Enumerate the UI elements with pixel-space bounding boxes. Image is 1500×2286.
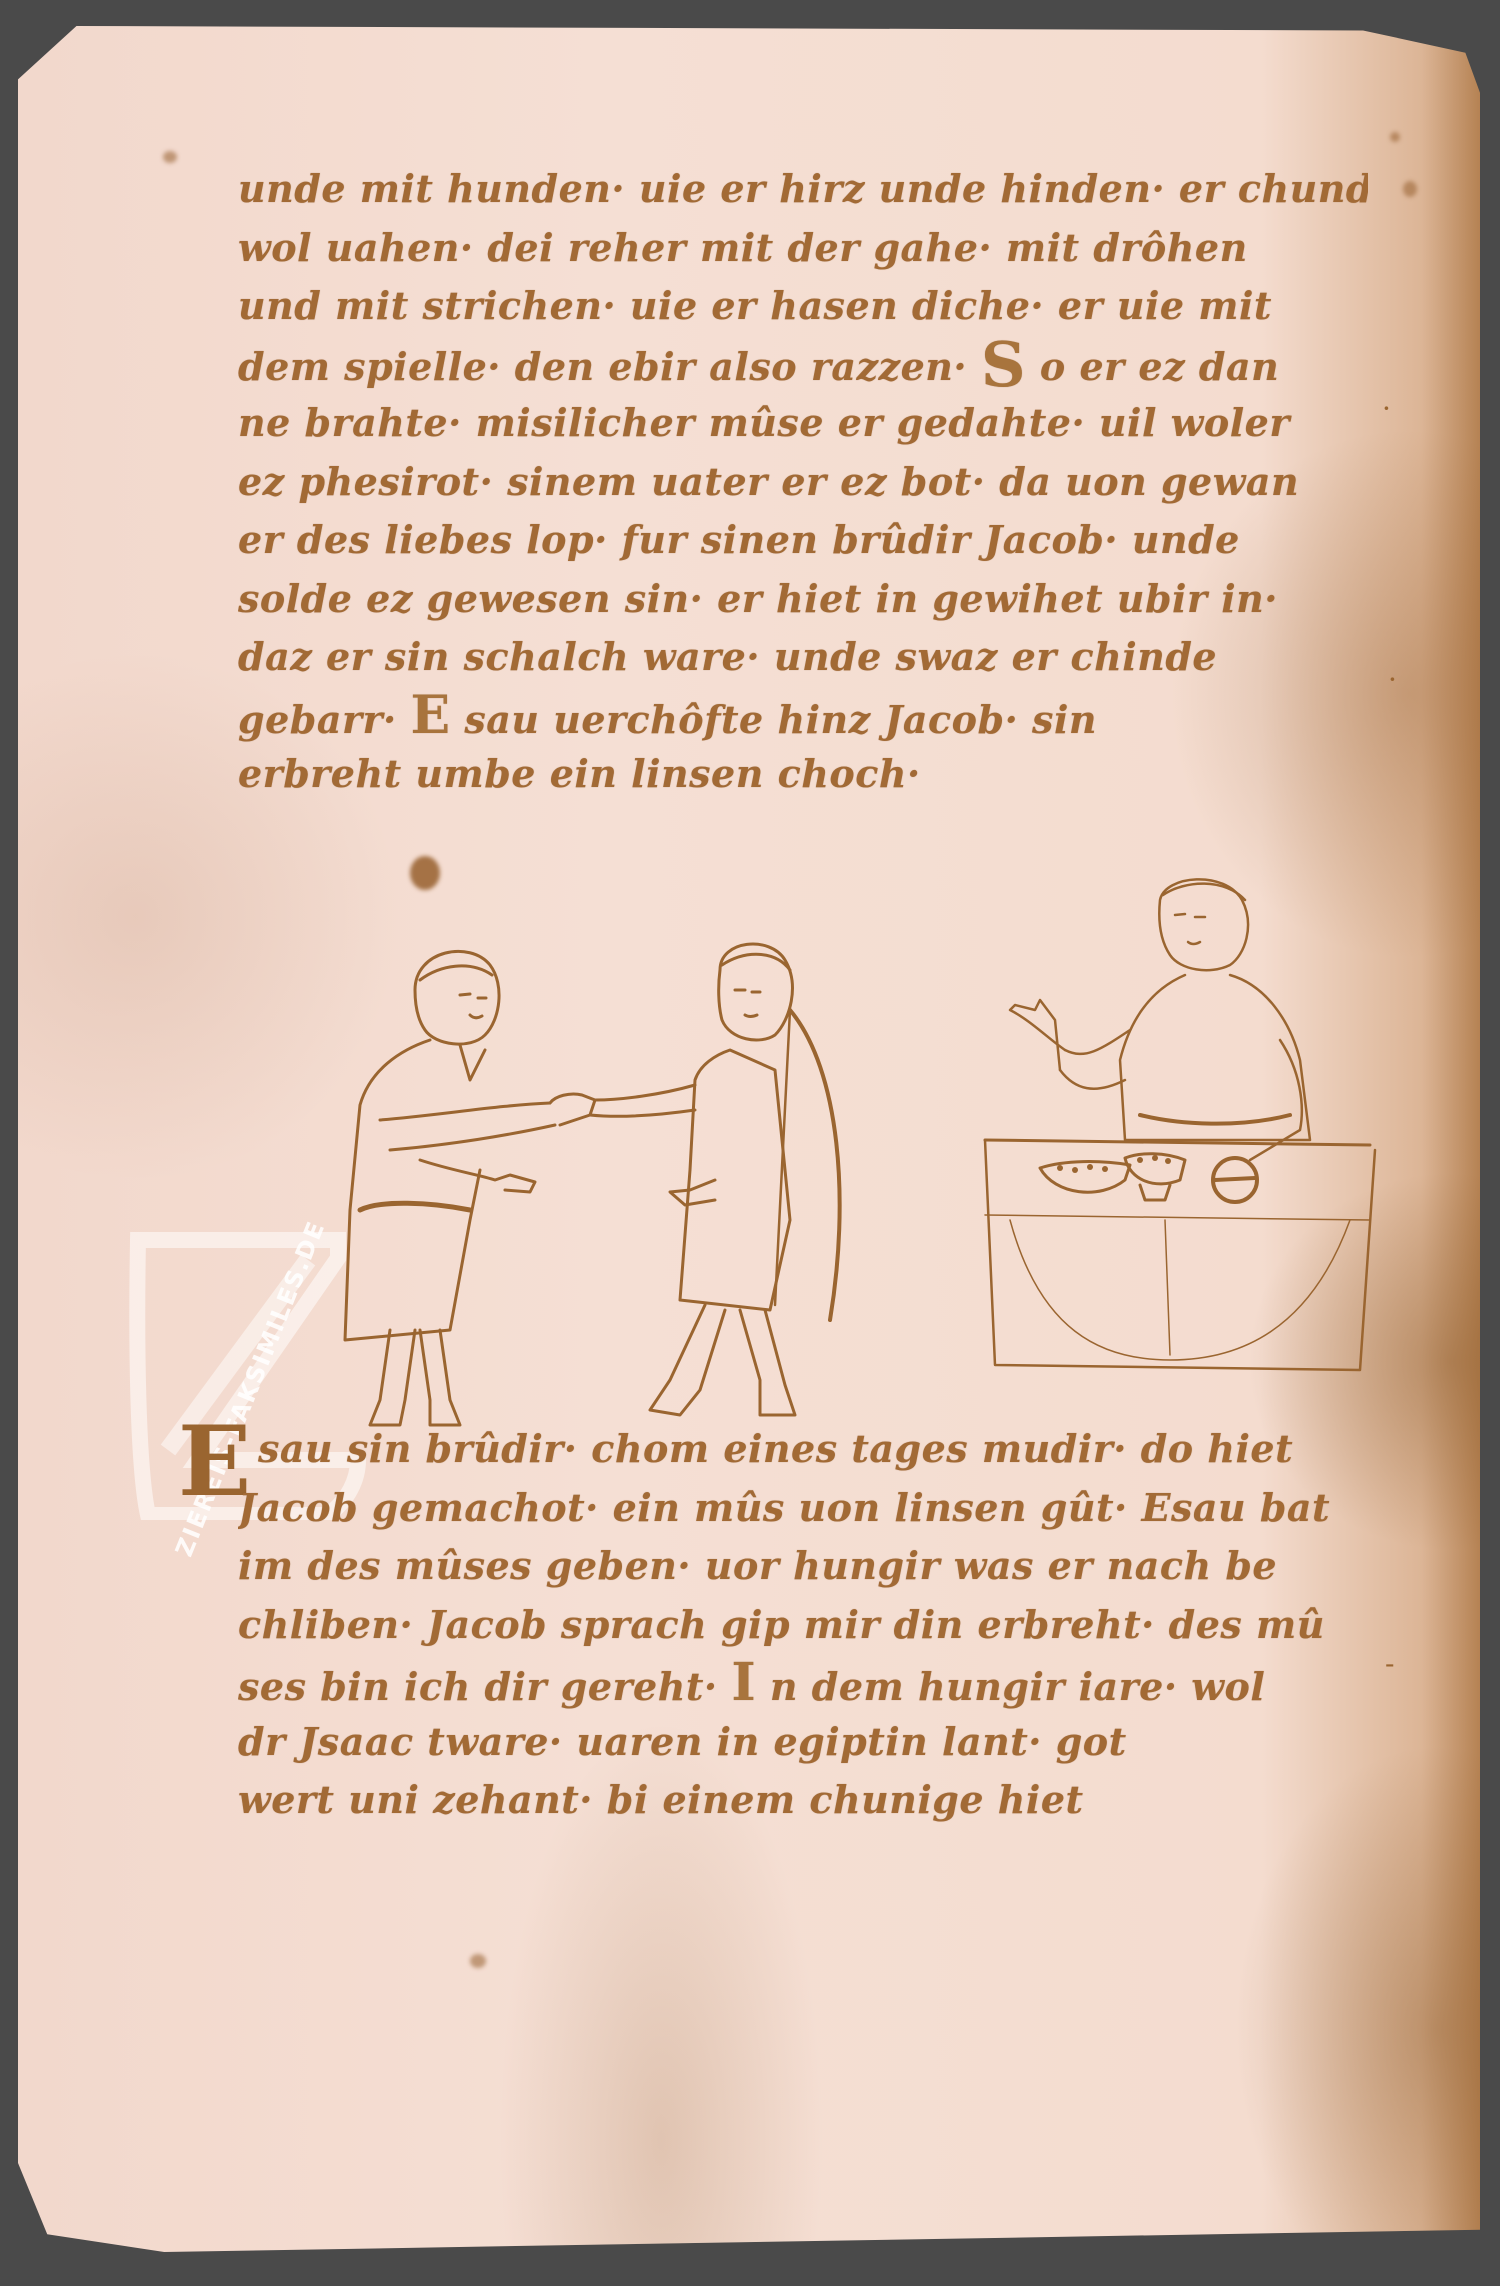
illustration-handclasp — [320, 920, 940, 1440]
upper-text-block: unde mit hunden· uie er hirz unde hinden… — [238, 160, 1368, 804]
foxing-stain — [470, 1954, 486, 1968]
foxing-stain — [1390, 132, 1400, 142]
text-line: gebarr· E sau uerchôfte hinz Jacob· sin — [238, 687, 1368, 746]
text-line: chliben· Jacob sprach gip mir din erbreh… — [238, 1596, 1368, 1655]
text-line: und mit strichen· uie er hasen diche· er… — [238, 277, 1368, 336]
text-line: erbreht umbe ein linsen choch· — [238, 745, 1368, 804]
text-line: ne brahte· misilicher mûse er gedahte· u… — [238, 394, 1368, 453]
foxing-stain — [163, 151, 177, 163]
text-line: daz er sin schalch ware· unde swaz er ch… — [238, 628, 1368, 687]
text-fragment: ses bin ich dir gereht· — [238, 1664, 718, 1709]
lower-text-block: sau sin brûdir· chom eines tages mudir· … — [238, 1420, 1368, 1830]
text-line: wol uahen· dei reher mit der gahe· mit d… — [238, 219, 1368, 278]
text-fragment: n dem hungir iare· wol — [770, 1664, 1265, 1709]
text-line: wert uni zehant· bi einem chunige hiet — [238, 1771, 1368, 1830]
text-line: er des liebes lop· fur sinen brûdir Jaco… — [238, 511, 1368, 570]
text-line: unde mit hunden· uie er hirz unde hinden… — [238, 160, 1368, 219]
illustration-table-scene — [980, 860, 1380, 1390]
margin-mark: · — [1388, 666, 1397, 694]
decorated-initial-s: S — [981, 336, 1026, 395]
text-line: sau sin brûdir· chom eines tages mudir· … — [238, 1420, 1368, 1479]
decorated-initial-i: I — [731, 1654, 756, 1713]
foxing-stain — [1403, 181, 1417, 197]
text-line: ez phesirot· sinem uater er ez bot· da u… — [238, 453, 1368, 512]
ink-blot — [410, 856, 440, 890]
text-fragment: dem spielle· den ebir also razzen· — [238, 344, 967, 389]
text-line: ses bin ich dir gereht· I n dem hungir i… — [238, 1654, 1368, 1713]
text-line: solde ez gewesen sin· er hiet in gewihet… — [238, 570, 1368, 629]
text-fragment: sau uerchôfte hinz Jacob· sin — [464, 697, 1097, 742]
text-line: Jacob gemachot· ein mûs uon linsen gût· … — [238, 1479, 1368, 1538]
text-line: dem spielle· den ebir also razzen· S o e… — [238, 336, 1368, 395]
margin-mark: - — [1385, 1650, 1394, 1678]
text-fragment: o er ez dan — [1040, 344, 1279, 389]
text-line: dr Jsaac tware· uaren in egiptin lant· g… — [238, 1713, 1368, 1772]
margin-mark: · — [1382, 395, 1391, 423]
decorated-initial-e: E — [410, 687, 450, 746]
scan-frame: unde mit hunden· uie er hirz unde hinden… — [0, 0, 1500, 2286]
text-fragment: gebarr· — [238, 697, 397, 742]
text-line: im des mûses geben· uor hungir was er na… — [238, 1537, 1368, 1596]
